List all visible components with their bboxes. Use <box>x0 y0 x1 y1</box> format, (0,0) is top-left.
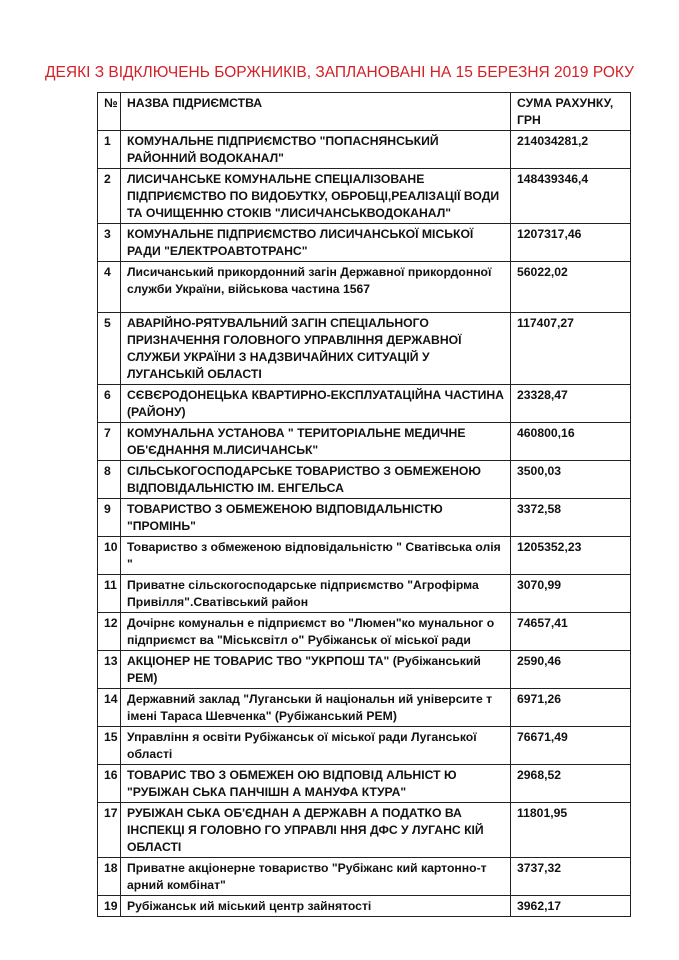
table-row: 14Державний заклад "Луганськи й націонал… <box>98 689 631 727</box>
company-name: АКЦІОНЕР НЕ ТОВАРИС ТВО "УКРПОШ ТА" (Руб… <box>121 651 511 689</box>
company-name: Дочірнє комунальн е підприємст во "Люмен… <box>121 613 511 651</box>
row-number: 15 <box>98 727 121 765</box>
company-name: КОМУНАЛЬНЕ ПІДПРИЄМСТВО ЛИСИЧАНСЬКОЇ МІС… <box>121 224 511 262</box>
table-row: 5АВАРІЙНО-РЯТУВАЛЬНИЙ ЗАГІН СПЕЦІАЛЬНОГО… <box>98 313 631 385</box>
company-name: СЄВЄРОДОНЕЦЬКА КВАРТИРНО-ЕКСПЛУАТАЦІЙНА … <box>121 385 511 423</box>
row-number: 5 <box>98 313 121 385</box>
row-number: 9 <box>98 499 121 537</box>
company-name: ТОВАРИС ТВО З ОБМЕЖЕН ОЮ ВІДПОВІД АЛЬНІС… <box>121 765 511 803</box>
table-row: 3КОМУНАЛЬНЕ ПІДПРИЄМСТВО ЛИСИЧАНСЬКОЇ МІ… <box>98 224 631 262</box>
company-name: ТОВАРИСТВО З ОБМЕЖЕНОЮ ВІДПОВІДАЛЬНІСТЮ … <box>121 499 511 537</box>
row-number: 6 <box>98 385 121 423</box>
company-name: Товариство з обмеженою відповідальністю … <box>121 537 511 575</box>
table-row: 16ТОВАРИС ТВО З ОБМЕЖЕН ОЮ ВІДПОВІД АЛЬН… <box>98 765 631 803</box>
table-row: 17РУБІЖАН СЬКА ОБ'ЄДНАН А ДЕРЖАВН А ПОДА… <box>98 803 631 858</box>
table-row: 6СЄВЄРОДОНЕЦЬКА КВАРТИРНО-ЕКСПЛУАТАЦІЙНА… <box>98 385 631 423</box>
table-row: 8СІЛЬСЬКОГОСПОДАРСЬКЕ ТОВАРИСТВО З ОБМЕЖ… <box>98 461 631 499</box>
company-name: Лисичанський прикордонний загін Державно… <box>121 262 511 313</box>
table-row: 2ЛИСИЧАНСЬКЕ КОМУНАЛЬНЕ СПЕЦІАЛІЗОВАНЕ П… <box>98 169 631 224</box>
company-name: АВАРІЙНО-РЯТУВАЛЬНИЙ ЗАГІН СПЕЦІАЛЬНОГО … <box>121 313 511 385</box>
table-header-row: № НАЗВА ПІДРИЄМСТВА СУМА РАХУНКУ, ГРН <box>98 93 631 131</box>
amount: 6971,26 <box>511 689 631 727</box>
debtors-table: № НАЗВА ПІДРИЄМСТВА СУМА РАХУНКУ, ГРН 1К… <box>97 92 631 917</box>
header-number: № <box>98 93 121 131</box>
company-name: Приватне акціонерне товариство "Рубіжанс… <box>121 858 511 896</box>
amount: 1205352,23 <box>511 537 631 575</box>
row-number: 13 <box>98 651 121 689</box>
amount: 117407,27 <box>511 313 631 385</box>
company-name: КОМУНАЛЬНЕ ПІДПРИЄМСТВО "ПОПАСНЯНСЬКИЙ Р… <box>121 131 511 169</box>
table-row: 13АКЦІОНЕР НЕ ТОВАРИС ТВО "УКРПОШ ТА" (Р… <box>98 651 631 689</box>
row-number: 14 <box>98 689 121 727</box>
table-row: 11Приватне сільскогосподарське підприємс… <box>98 575 631 613</box>
row-number: 19 <box>98 896 121 917</box>
table-row: 12Дочірнє комунальн е підприємст во "Люм… <box>98 613 631 651</box>
row-number: 18 <box>98 858 121 896</box>
table-row: 15Управлінн я освіти Рубіжанськ ої міськ… <box>98 727 631 765</box>
company-name: Управлінн я освіти Рубіжанськ ої міської… <box>121 727 511 765</box>
company-name: РУБІЖАН СЬКА ОБ'ЄДНАН А ДЕРЖАВН А ПОДАТК… <box>121 803 511 858</box>
amount: 3737,32 <box>511 858 631 896</box>
amount: 23328,47 <box>511 385 631 423</box>
company-name: КОМУНАЛЬНА УСТАНОВА " ТЕРИТОРІАЛЬНЕ МЕДИ… <box>121 423 511 461</box>
amount: 2590,46 <box>511 651 631 689</box>
header-company-name: НАЗВА ПІДРИЄМСТВА <box>121 93 511 131</box>
amount: 11801,95 <box>511 803 631 858</box>
company-name: Державний заклад "Луганськи й національн… <box>121 689 511 727</box>
amount: 76671,49 <box>511 727 631 765</box>
document-title: ДЕЯКІ З ВІДКЛЮЧЕНЬ БОРЖНИКІВ, ЗАПЛАНОВАН… <box>0 64 679 82</box>
company-name: СІЛЬСЬКОГОСПОДАРСЬКЕ ТОВАРИСТВО З ОБМЕЖЕ… <box>121 461 511 499</box>
amount: 148439346,4 <box>511 169 631 224</box>
amount: 3070,99 <box>511 575 631 613</box>
amount: 3372,58 <box>511 499 631 537</box>
row-number: 17 <box>98 803 121 858</box>
amount: 1207317,46 <box>511 224 631 262</box>
row-number: 10 <box>98 537 121 575</box>
row-number: 8 <box>98 461 121 499</box>
table-row: 4Лисичанський прикордонний загін Державн… <box>98 262 631 313</box>
row-number: 3 <box>98 224 121 262</box>
row-number: 16 <box>98 765 121 803</box>
row-number: 12 <box>98 613 121 651</box>
company-name: Приватне сільскогосподарське підприємств… <box>121 575 511 613</box>
company-name: ЛИСИЧАНСЬКЕ КОМУНАЛЬНЕ СПЕЦІАЛІЗОВАНЕ ПІ… <box>121 169 511 224</box>
amount: 56022,02 <box>511 262 631 313</box>
amount: 3962,17 <box>511 896 631 917</box>
row-number: 7 <box>98 423 121 461</box>
table-row: 1КОМУНАЛЬНЕ ПІДПРИЄМСТВО "ПОПАСНЯНСЬКИЙ … <box>98 131 631 169</box>
company-name: Рубіжанськ ий міський центр зайнятості <box>121 896 511 917</box>
amount: 3500,03 <box>511 461 631 499</box>
table-row: 9ТОВАРИСТВО З ОБМЕЖЕНОЮ ВІДПОВІДАЛЬНІСТЮ… <box>98 499 631 537</box>
amount: 2968,52 <box>511 765 631 803</box>
amount: 460800,16 <box>511 423 631 461</box>
header-amount: СУМА РАХУНКУ, ГРН <box>511 93 631 131</box>
table-row: 18Приватне акціонерне товариство "Рубіжа… <box>98 858 631 896</box>
table-row: 10Товариство з обмеженою відповідальніст… <box>98 537 631 575</box>
amount: 214034281,2 <box>511 131 631 169</box>
amount: 74657,41 <box>511 613 631 651</box>
row-number: 4 <box>98 262 121 313</box>
table-row: 19Рубіжанськ ий міський центр зайнятості… <box>98 896 631 917</box>
row-number: 1 <box>98 131 121 169</box>
table-row: 7КОМУНАЛЬНА УСТАНОВА " ТЕРИТОРІАЛЬНЕ МЕД… <box>98 423 631 461</box>
row-number: 2 <box>98 169 121 224</box>
row-number: 11 <box>98 575 121 613</box>
